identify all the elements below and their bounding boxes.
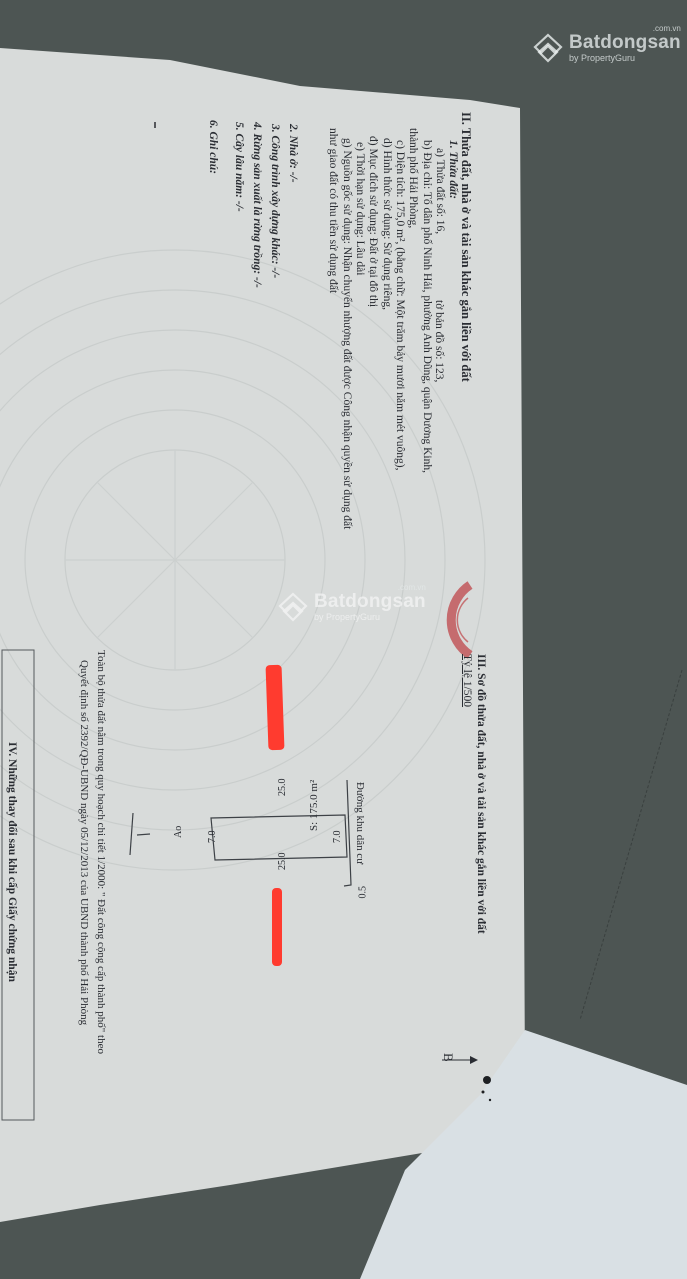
plot-length-bottom: 25.0 [278,853,288,871]
watermark-tagline: by PropertyGuru [569,54,681,63]
plot-length-top: 25.0 [278,779,288,797]
watermark-brand: Batdongsan [569,33,681,52]
watermark-brand: Batdongsan [314,592,426,611]
land-area: c) Diện tích: 175,0 m², (bằng chữ: Một t… [394,140,406,471]
watermark-domain: .com.vn [653,24,681,33]
map-sheet-number: tờ bản đồ số: 123, [433,300,445,382]
notes-item: 6. Ghi chú: [207,120,219,174]
redaction-mark [272,888,282,966]
land-origin-line-2: như giao đất có thu tiền sử dụng đất [327,128,339,293]
usage-form: d) Hình thức sử dụng: Sử dụng riêng, [381,138,393,310]
watermark-domain: .com.vn [398,583,426,592]
watermark-tagline: by PropertyGuru [314,613,426,622]
perennial-trees-item: 5. Cây lâu năm: -/- [233,122,245,212]
road-width: 0.5 [359,886,369,899]
section-ii-title: II. Thửa đất, nhà ở và tài sản khác gắn … [460,112,473,382]
batdongsan-logo-icon [533,33,563,63]
batdongsan-watermark-center: .com.vn Batdongsan by PropertyGuru [278,592,426,622]
usage-term: e) Thời hạn sử dụng: Lâu dài [354,142,366,275]
batdongsan-logo-icon [278,592,308,622]
batdongsan-watermark-top: .com.vn Batdongsan by PropertyGuru [533,33,681,63]
road-label: Đường khu dân cư [354,782,365,864]
direction-arrow-label: B [442,1053,455,1062]
redaction-mark [266,665,285,751]
address-line-1: b) Địa chỉ: Tổ dân phố Ninh Hải, phường … [421,140,433,473]
house-item: 2. Nhà ở: -/- [287,124,299,183]
pond-label: Ao [174,826,184,838]
production-forest-item: 4. Rừng sản xuất là rừng trồng: -/- [251,122,263,288]
section-iv-title: IV. Những thay đổi sau khi cấp Giấy chứn… [6,742,18,982]
address-line-2: thành phố Hải Phòng, [407,128,419,228]
parcel-number: a) Thửa đất số: 16, [434,148,446,234]
planning-note-line-1: Toàn bộ thửa đất nằm trong quy hoạch chi… [95,650,106,1054]
plot-width-far-side: 7.0 [208,831,218,844]
usage-purpose: đ) Mục đích sử dụng: Đất ở tại đô thị [367,136,379,307]
plot-area-label: S: 175.0 m² [309,780,320,831]
land-origin-line-1: g) Nguồn gốc sử dụng: Nhận chuyển nhượng… [341,138,353,529]
map-scale: Tỷ lệ 1/500 [461,654,473,707]
plot-width-road-side: 7.0 [333,831,343,844]
other-construction-item: 3. Công trình xây dựng khác: -/- [269,124,281,278]
section-iii-title: III. Sơ đồ thửa đất, nhà ở và tài sản kh… [475,654,487,934]
land-heading: 1. Thửa đất: [447,140,459,199]
planning-note-line-2: Quyết định số 2392/QĐ-UBND ngày 05/12/20… [78,660,89,1025]
